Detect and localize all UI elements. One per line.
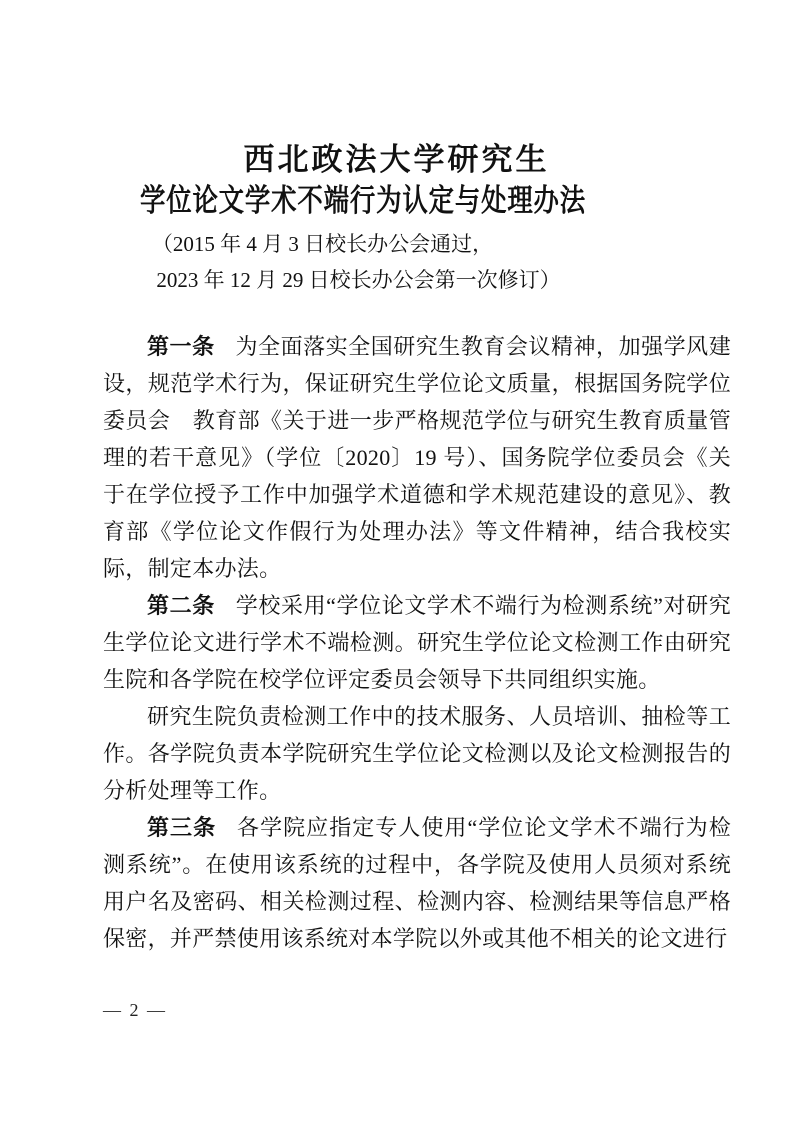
article-2-continued-text: 研究生院负责检测工作中的技术服务、人员培训、抽检等工作。各学院负责本学院研究生学…	[103, 704, 731, 803]
paragraph-article-2: 第二条学校采用“学位论文学术不端行为检测系统”对研究生学位论文进行学术不端检测。…	[103, 587, 731, 698]
document-title: 西北政法大学研究生 学位论文学术不端行为认定与处理办法	[0, 139, 793, 227]
revision-dates: （2015 年 4 月 3 日校长办公会通过， 2023 年 12 月 29 日…	[0, 226, 793, 298]
title-line-1: 西北政法大学研究生	[0, 139, 793, 180]
title-line-2-wrap: 学位论文学术不端行为认定与处理办法	[0, 180, 793, 227]
paragraph-article-3: 第三条各学院应指定专人使用“学位论文学术不端行为检测系统”。在使用该系统的过程中…	[103, 809, 731, 957]
document-body: 第一条为全面落实全国研究生教育会议精神，加强学风建设，规范学术行为，保证研究生学…	[103, 328, 731, 957]
revision-date-line: 2023 年 12 月 29 日校长办公会第一次修订）	[0, 262, 755, 298]
paragraph-article-2-continued: 研究生院负责检测工作中的技术服务、人员培训、抽检等工作。各学院负责本学院研究生学…	[103, 698, 731, 809]
document-page: 西北政法大学研究生 学位论文学术不端行为认定与处理办法 （2015 年 4 月 …	[0, 0, 793, 1122]
paragraph-article-1: 第一条为全面落实全国研究生教育会议精神，加强学风建设，规范学术行为，保证研究生学…	[103, 328, 731, 587]
page-number: — 2 —	[103, 999, 167, 1021]
title-line-2: 学位论文学术不端行为认定与处理办法	[139, 180, 585, 221]
article-1-label: 第一条	[147, 334, 215, 359]
article-2-label: 第二条	[147, 593, 215, 618]
article-1-text: 为全面落实全国研究生教育会议精神，加强学风建设，规范学术行为，保证研究生学位论文…	[103, 334, 731, 581]
approval-date-line: （2015 年 4 月 3 日校长办公会通过，	[0, 226, 719, 262]
article-3-label: 第三条	[147, 815, 216, 840]
